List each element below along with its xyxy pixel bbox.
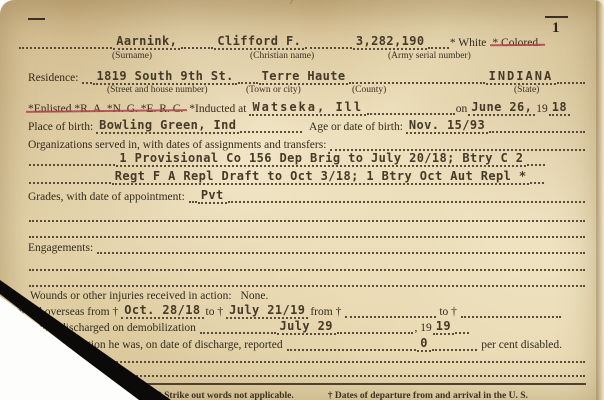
organizations-line1: 1 Provisional Co 156 Dep Brig to July 20… <box>116 152 526 167</box>
overseas-row: Served overseas from † Oct. 28/18 to † J… <box>10 305 562 319</box>
overseas-to-label: to † <box>204 306 227 319</box>
town-caption: (Town or city) <box>246 85 301 95</box>
dotted-line <box>345 306 436 318</box>
street-caption: (Street and house number) <box>107 85 208 95</box>
dotted-line <box>19 37 112 49</box>
paper-crease <box>290 0 321 18</box>
blank-row <box>28 225 586 239</box>
dotted-line <box>238 72 258 84</box>
year-printed: 19 <box>535 103 549 116</box>
overseas-from2-label: from † <box>308 306 344 319</box>
dotted-line <box>29 275 585 287</box>
dotted-line <box>228 191 585 203</box>
blank-row <box>28 209 586 223</box>
dotted-line <box>330 139 585 151</box>
christian-name-value: Clifford F. <box>214 35 304 50</box>
inducted-at-label: *Inducted at <box>189 103 249 116</box>
organizations-line2-row: Regt F A Repl Draft to Oct 3/18; 1 Btry … <box>28 171 586 185</box>
surname-value: Aarnink, <box>113 35 180 50</box>
surname-caption: (Surname) <box>112 51 152 61</box>
blank-row <box>28 274 586 288</box>
card-right-edge <box>596 0 604 400</box>
discharge-date-value: July 29 <box>277 320 336 335</box>
dotted-line <box>527 154 544 166</box>
organizations-line2: Regt F A Repl Draft to Oct 3/18; 1 Btry … <box>112 170 530 185</box>
engagements-label: Engagements: <box>28 242 96 255</box>
birth-place-value: Bowling Green, Ind <box>96 119 239 134</box>
birth-date-value: Nov. 15/93 <box>406 119 488 134</box>
residence-label: Residence: <box>28 72 81 85</box>
discharge-year-printed: , 19 <box>414 322 433 335</box>
grade-value: Pvt <box>198 189 227 204</box>
dotted-line <box>29 210 585 222</box>
grades-label: Grades, with date of appointment: <box>28 191 188 204</box>
dotted-line <box>367 103 455 115</box>
dotted-line <box>461 306 561 318</box>
dotted-line <box>189 191 197 203</box>
state-caption: (State) <box>514 85 539 95</box>
blank-row <box>28 258 586 272</box>
serial-number-value: 3,282,190 <box>353 35 428 50</box>
dotted-line <box>82 72 92 84</box>
page-number: 1 <box>552 20 560 37</box>
service-record-card: 1 Aarnink, Clifford F. 3,282,190 * White… <box>0 0 604 400</box>
wounds-value: None. <box>241 290 272 303</box>
overseas-to-value: July 21/19 <box>226 304 308 319</box>
top-left-mark <box>28 18 45 20</box>
induction-date-value: June 26, <box>468 101 535 116</box>
discharge-row: Honorably discharged on demobilization J… <box>8 321 470 335</box>
dotted-line <box>530 172 544 184</box>
overseas-to2-label: to † <box>437 306 460 319</box>
name-row: Aarnink, Clifford F. 3,282,190 * White *… <box>18 36 544 50</box>
town-value: Terre Haute <box>259 70 349 85</box>
state-value: INDIANA <box>486 70 557 85</box>
race-colored-label-struck: * Colored. <box>492 37 544 50</box>
overseas-from-value: Oct. 28/18 <box>121 304 203 319</box>
county-caption: (County) <box>352 85 386 95</box>
wounds-label: Wounds or other injuries received in act… <box>30 290 235 303</box>
birth-age-label: Age or date of birth: <box>303 121 406 134</box>
organizations-line1-row: 1 Provisional Co 156 Dep Brig to July 20… <box>28 153 586 167</box>
dotted-line <box>428 37 448 49</box>
dotted-line <box>305 37 352 49</box>
organizations-row: Organizations served in, with dates of a… <box>28 138 586 152</box>
induction-row: *Enlisted *R. A. *N. G. *E. R. C. *Induc… <box>28 102 570 116</box>
dotted-line <box>489 121 585 133</box>
dotted-line <box>337 322 413 334</box>
dotted-line <box>200 322 276 334</box>
street-value: 1819 South 9th St. <box>93 70 236 85</box>
discharge-year-value: 19 <box>433 320 454 335</box>
induction-year-value: 18 <box>549 101 570 116</box>
dotted-line <box>29 259 585 271</box>
wounds-row: Wounds or other injuries received in act… <box>30 289 586 303</box>
race-white-label: * White <box>450 37 490 50</box>
dotted-line <box>240 121 302 133</box>
dotted-line <box>557 72 585 84</box>
dotted-line <box>455 322 469 334</box>
birth-row: Place of birth: Bowling Green, Ind Age o… <box>28 120 586 134</box>
engagements-row: Engagements: <box>28 241 586 255</box>
enlisted-options-struck: *Enlisted *R. A. *N. G. *E. R. C. <box>28 103 186 116</box>
footnote-row: * Strike out words not applicable. † Dat… <box>157 391 528 400</box>
serial-number-caption: (Army serial number) <box>388 51 471 61</box>
footnote-strike-note: * Strike out words not applicable. <box>157 391 294 400</box>
grades-row: Grades, with date of appointment: Pvt <box>28 190 586 204</box>
footnote-dagger-note: † Dates of departure from and arrival in… <box>328 391 528 400</box>
top-right-mark <box>545 16 568 18</box>
dotted-line <box>29 172 111 184</box>
induction-place-value: Watseka, Ill <box>249 101 366 116</box>
dotted-line <box>29 226 585 238</box>
christian-name-caption: (Christian name) <box>250 51 314 61</box>
birth-place-label: Place of birth: <box>28 121 96 134</box>
residence-row: Residence: 1819 South 9th St. Terre Haut… <box>28 71 586 85</box>
dotted-line <box>181 37 213 49</box>
on-label: on <box>456 103 469 116</box>
dotted-line <box>29 154 115 166</box>
dotted-line <box>97 242 585 254</box>
dotted-line <box>349 72 484 84</box>
